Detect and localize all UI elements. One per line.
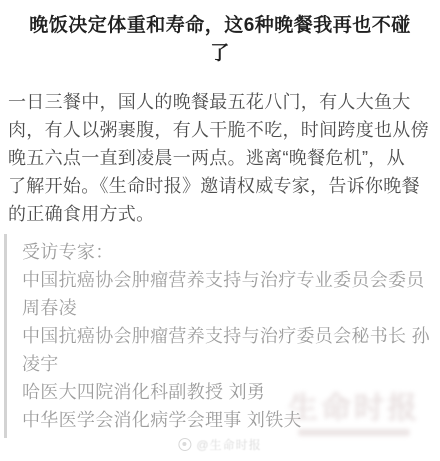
expert-line: 中华医学会消化病学会理事 刘铁夫 — [22, 406, 430, 434]
body-line: 的正确食用方式。 — [8, 200, 432, 228]
source-watermark: @生命时报 — [178, 436, 261, 453]
body-line: 一日三餐中，国人的晚餐最五花八门，有人大鱼大 — [8, 88, 432, 116]
article-page: 晚饭决定体重和寿命，这6种晚餐我再也不碰 了 一日三餐中，国人的晚餐最五花八门，… — [0, 0, 440, 461]
body-line: 了解开始。《生命时报》邀请权威专家，告诉你晚餐 — [8, 172, 432, 200]
body-line: 晚五六点一直到凌晨一两点。逃离“晚餐危机”，从 — [8, 144, 432, 172]
body-line: 肉，有人以粥裹腹，有人干脆不吃，时间跨度也从傍 — [8, 116, 432, 144]
title-line: 了 — [14, 40, 426, 68]
watermark-logo-icon — [178, 438, 191, 451]
expert-line: 周春凌 — [22, 294, 430, 322]
expert-line: 凌宇 — [22, 350, 430, 378]
title-line: 晚饭决定体重和寿命，这6种晚餐我再也不碰 — [14, 12, 426, 40]
article-title: 晚饭决定体重和寿命，这6种晚餐我再也不碰 了 — [0, 0, 440, 68]
watermark-handle: @生命时报 — [196, 436, 261, 453]
experts-blockquote: 受访专家： 中国抗癌协会肿瘤营养支持与治疗专业委员会委员 周春凌 中国抗癌协会肿… — [4, 234, 430, 438]
article-body: 一日三餐中，国人的晚餐最五花八门，有人大鱼大 肉，有人以粥裹腹，有人干脆不吃，时… — [0, 88, 440, 228]
expert-line: 哈医大四院消化科副教授 刘勇 — [22, 378, 430, 406]
expert-line: 中国抗癌协会肿瘤营养支持与治疗委员会秘书长 孙 — [22, 322, 430, 350]
expert-line: 中国抗癌协会肿瘤营养支持与治疗专业委员会委员 — [22, 266, 430, 294]
experts-heading: 受访专家： — [22, 238, 430, 266]
